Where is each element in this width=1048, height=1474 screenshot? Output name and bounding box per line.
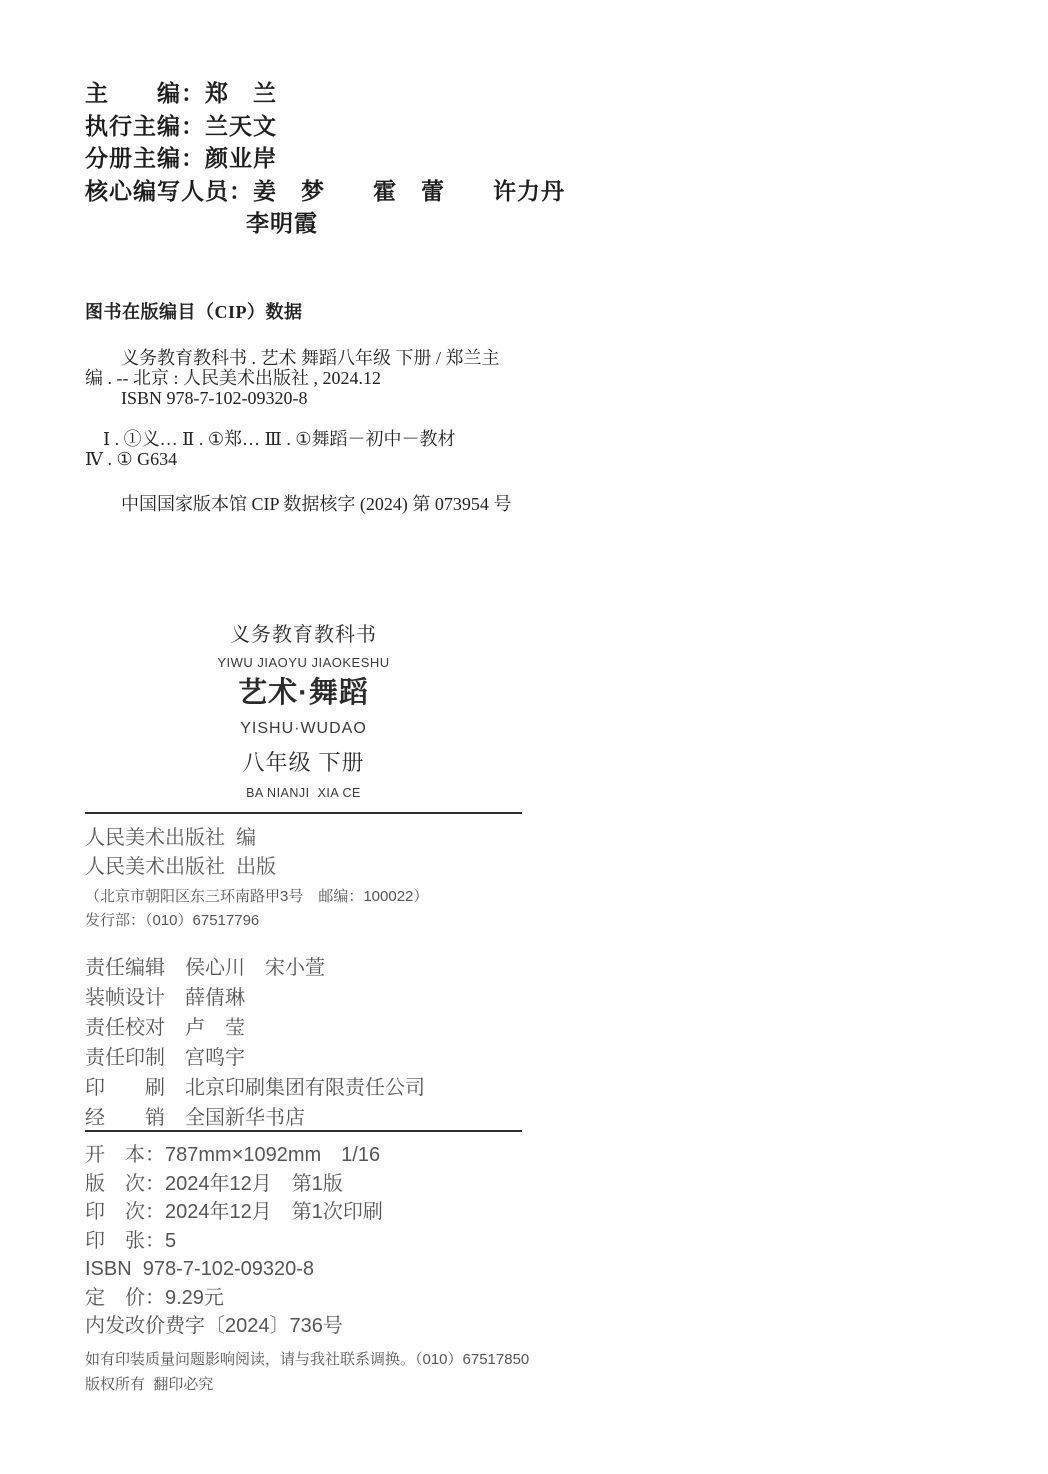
- binding-design-row: 装帧设计 薛倩琳: [85, 983, 425, 1013]
- horizontal-rule-bottom: [85, 1130, 522, 1132]
- copyright-notice: 版权所有 翻印必究: [85, 1372, 529, 1397]
- publisher-edited-line: 人民美术出版社 编: [85, 824, 428, 853]
- grade-volume: 八年级 下册: [85, 748, 522, 778]
- proofreader-row: 责任校对 卢 莹: [85, 1013, 425, 1043]
- cip-classification-line: Ⅰ . ①义… Ⅱ . ①郑… Ⅲ . ①舞蹈－初中－教材: [85, 429, 555, 449]
- volume-editor-line: 分册主编：颜业岸: [85, 143, 565, 176]
- price-approval-row: 内发改价费字〔2024〕736号: [85, 1312, 383, 1341]
- cip-classification-line: Ⅳ . ① G634: [85, 449, 555, 469]
- sheets-row: 印 张：5: [85, 1227, 383, 1256]
- publisher-block: 人民美术出版社 编 人民美术出版社 出版 （北京市朝阳区东三环南路甲3号 邮编：…: [85, 824, 428, 933]
- footer-notices: 如有印装质量问题影响阅读，请与我社联系调换。（010）67517850 版权所有…: [85, 1347, 529, 1397]
- responsible-editor-row: 责任编辑 侯心川 宋小萱: [85, 953, 425, 983]
- printing-info-block: 开 本：787mm×1092mm 1/16 版 次：2024年12月 第1版 印…: [85, 1141, 383, 1341]
- cip-description-line: 编 . -- 北京 : 人民美术出版社 , 2024.12: [85, 368, 555, 388]
- print-supervisor-row: 责任印制 宫鸣宇: [85, 1043, 425, 1073]
- book-title-pinyin: YISHU·WUDAO: [85, 718, 522, 740]
- printer-row: 印 刷 北京印刷集团有限责任公司: [85, 1073, 425, 1103]
- isbn-row: ISBN 978-7-102-09320-8: [85, 1255, 383, 1284]
- publisher-address: （北京市朝阳区东三环南路甲3号 邮编：100022）: [85, 885, 428, 909]
- cip-isbn-line: ISBN 978-7-102-09320-8: [85, 388, 555, 408]
- publisher-published-line: 人民美术出版社 出版: [85, 853, 428, 882]
- core-writers-continuation: 李明霞: [246, 208, 565, 241]
- cip-description-line: 义务教育教科书 . 艺术 舞蹈八年级 下册 / 郑兰主: [85, 348, 555, 368]
- cip-classification: Ⅰ . ①义… Ⅱ . ①郑… Ⅲ . ①舞蹈－初中－教材 Ⅳ . ① G634: [85, 429, 555, 469]
- grade-volume-pinyin: BA NIANJI XIA CE: [85, 784, 522, 802]
- distributor-row: 经 销 全国新华书店: [85, 1103, 425, 1133]
- format-row: 开 本：787mm×1092mm 1/16: [85, 1141, 383, 1170]
- horizontal-rule-top: [85, 812, 522, 814]
- price-row: 定 价：9.29元: [85, 1284, 383, 1313]
- cip-description: 义务教育教科书 . 艺术 舞蹈八年级 下册 / 郑兰主 编 . -- 北京 : …: [85, 348, 555, 408]
- edition-row: 版 次：2024年12月 第1版: [85, 1170, 383, 1199]
- credits-block: 责任编辑 侯心川 宋小萱 装帧设计 薛倩琳 责任校对 卢 莹 责任印制 宫鸣宇 …: [85, 953, 425, 1133]
- cip-heading: 图书在版编目（CIP）数据: [85, 302, 555, 322]
- executive-editor-line: 执行主编：兰天文: [85, 111, 565, 144]
- impression-row: 印 次：2024年12月 第1次印刷: [85, 1198, 383, 1227]
- quality-notice: 如有印装质量问题影响阅读，请与我社联系调换。（010）67517850: [85, 1347, 529, 1372]
- book-title: 艺术·舞蹈: [85, 674, 522, 712]
- core-writers-line: 核心编写人员：姜 梦 霍 蕾 许力丹: [85, 176, 565, 209]
- cip-block: 图书在版编目（CIP）数据 义务教育教科书 . 艺术 舞蹈八年级 下册 / 郑兰…: [85, 302, 555, 514]
- series-title: 义务教育教科书: [85, 622, 522, 648]
- chief-editor-line: 主 编：郑 兰: [85, 78, 565, 111]
- editors-block: 主 编：郑 兰 执行主编：兰天文 分册主编：颜业岸 核心编写人员：姜 梦 霍 蕾…: [85, 78, 565, 241]
- series-title-pinyin: YIWU JIAOYU JIAOKESHU: [85, 654, 522, 672]
- colophon-page: 主 编：郑 兰 执行主编：兰天文 分册主编：颜业岸 核心编写人员：姜 梦 霍 蕾…: [0, 0, 1048, 1474]
- cip-registration-line: 中国国家版本馆 CIP 数据核字 (2024) 第 073954 号: [85, 494, 555, 514]
- book-title-block: 义务教育教科书 YIWU JIAOYU JIAOKESHU 艺术·舞蹈 YISH…: [85, 622, 522, 802]
- distribution-phone: 发行部：（010）67517796: [85, 909, 428, 933]
